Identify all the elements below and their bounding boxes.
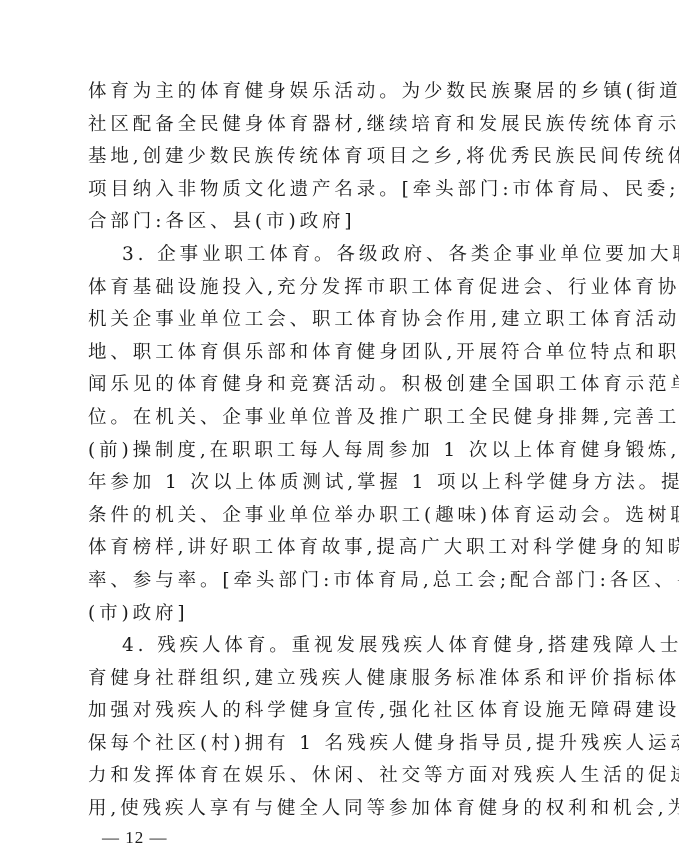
text-line: 加强对残疾人的科学健身宣传,强化社区体育设施无障碍建设,确 bbox=[88, 695, 590, 728]
page-number: — 12 — bbox=[102, 828, 168, 848]
text-line: 社区配备全民健身体育器材,继续培育和发展民族传统体育示范 bbox=[88, 109, 590, 142]
text-line: 用,使残疾人享有与健全人同等参加体育健身的权利和机会,为残 bbox=[88, 793, 590, 826]
text-line: 条件的机关、企事业单位举办职工(趣味)体育运动会。选树职工 bbox=[88, 500, 590, 533]
text-line: 年参加 1 次以上体质测试,掌握 1 项以上科学健身方法。提倡有 bbox=[88, 467, 590, 500]
text-line: 力和发挥体育在娱乐、休闲、社交等方面对残疾人生活的促进作 bbox=[88, 760, 590, 793]
text-line: 基地,创建少数民族传统体育项目之乡,将优秀民族民间传统体育 bbox=[88, 141, 590, 174]
text-line: 率、参与率。[牵头部门:市体育局,总工会;配合部门:各区、县 bbox=[88, 565, 590, 598]
paragraph-item-3-enterprise-staff-sports: 3. 企事业职工体育。各级政府、各类企事业单位要加大职工 体育基础设施投入,充分… bbox=[88, 239, 590, 630]
text-line: 位。在机关、企事业单位普及推广职工全民健身排舞,完善工间 bbox=[88, 402, 590, 435]
text-line: 体育基础设施投入,充分发挥市职工体育促进会、行业体育协会、 bbox=[88, 272, 590, 305]
text-line: 体育为主的体育健身娱乐活动。为少数民族聚居的乡镇(街道)、 bbox=[88, 76, 590, 109]
paragraph-heading-line: 3. 企事业职工体育。各级政府、各类企事业单位要加大职工 bbox=[88, 239, 590, 272]
document-page: 体育为主的体育健身娱乐活动。为少数民族聚居的乡镇(街道)、 社区配备全民健身体育… bbox=[0, 0, 679, 861]
text-line: 机关企事业单位工会、职工体育协会作用,建立职工体育活动阵 bbox=[88, 304, 590, 337]
paragraph-minority-sports: 体育为主的体育健身娱乐活动。为少数民族聚居的乡镇(街道)、 社区配备全民健身体育… bbox=[88, 76, 590, 239]
text-line: 项目纳入非物质文化遗产名录。[牵头部门:市体育局、民委;配 bbox=[88, 174, 590, 207]
paragraph-heading-line: 4. 残疾人体育。重视发展残疾人体育健身,搭建残障人士体 bbox=[88, 630, 590, 663]
text-line: 闻乐见的体育健身和竞赛活动。积极创建全国职工体育示范单 bbox=[88, 369, 590, 402]
text-line: 育健身社群组织,建立残疾人健康服务标准体系和评价指标体系, bbox=[88, 663, 590, 696]
text-line: (市)政府] bbox=[88, 598, 590, 631]
text-line: 地、职工体育俱乐部和体育健身团队,开展符合单位特点和职工喜 bbox=[88, 337, 590, 370]
body-text: 体育为主的体育健身娱乐活动。为少数民族聚居的乡镇(街道)、 社区配备全民健身体育… bbox=[88, 76, 590, 826]
text-line: 体育榜样,讲好职工体育故事,提高广大职工对科学健身的知晓 bbox=[88, 532, 590, 565]
text-line: 保每个社区(村)拥有 1 名残疾人健身指导员,提升残疾人运动能 bbox=[88, 728, 590, 761]
text-line: 合部门:各区、县(市)政府] bbox=[88, 206, 590, 239]
paragraph-item-4-disabled-sports: 4. 残疾人体育。重视发展残疾人体育健身,搭建残障人士体 育健身社群组织,建立残… bbox=[88, 630, 590, 826]
text-line: (前)操制度,在职职工每人每周参加 1 次以上体育健身锻炼,每 bbox=[88, 435, 590, 468]
